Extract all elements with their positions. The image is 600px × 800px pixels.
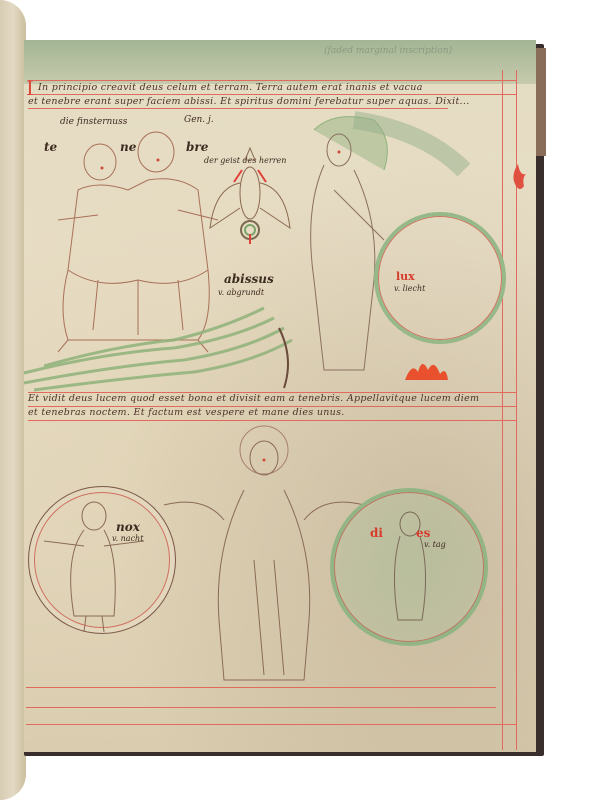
horizontal-rule <box>28 80 516 81</box>
night-figure-drawing <box>44 496 164 636</box>
label-tag: v. tag <box>424 540 446 549</box>
lux-circle <box>374 212 506 344</box>
label-nacht: v. nacht <box>112 534 143 543</box>
label-abyssus: abissus <box>224 272 274 286</box>
horizontal-rule <box>26 724 516 725</box>
dove-holy-spirit-drawing <box>210 148 300 258</box>
book-gutter-left-page <box>0 0 26 800</box>
marginal-flame-drawing <box>510 164 530 194</box>
label-nox: nox <box>116 520 140 534</box>
horizontal-rule <box>28 94 516 95</box>
text-line: et tenebre erant super faciem abissi. Et… <box>28 96 470 107</box>
label-dies-2: es <box>416 526 430 540</box>
text-line: Et vidit deus lucem quod esset bona et d… <box>28 393 479 404</box>
book-cover-edge <box>536 48 546 156</box>
abyss-waters-drawing <box>24 298 304 388</box>
label-lux: lux <box>396 270 415 283</box>
vertical-rule <box>502 70 503 750</box>
faint-marginal-note: (faded marginal inscription) <box>324 46 452 56</box>
text-line: In principio creavit deus celum et terra… <box>38 82 423 93</box>
manuscript-page: (faded marginal inscription) I In princi… <box>24 40 536 752</box>
green-wash-top-margin <box>24 40 536 84</box>
flames-drawing <box>400 352 450 382</box>
label-abgrund: v. abgrundt <box>218 288 264 297</box>
horizontal-rule <box>28 108 448 109</box>
text-line: et tenebras noctem. Et factum est vesper… <box>28 407 345 418</box>
horizontal-rule <box>26 707 496 708</box>
label-liecht: v. liecht <box>394 284 425 293</box>
label-dies-1: di <box>370 526 383 540</box>
